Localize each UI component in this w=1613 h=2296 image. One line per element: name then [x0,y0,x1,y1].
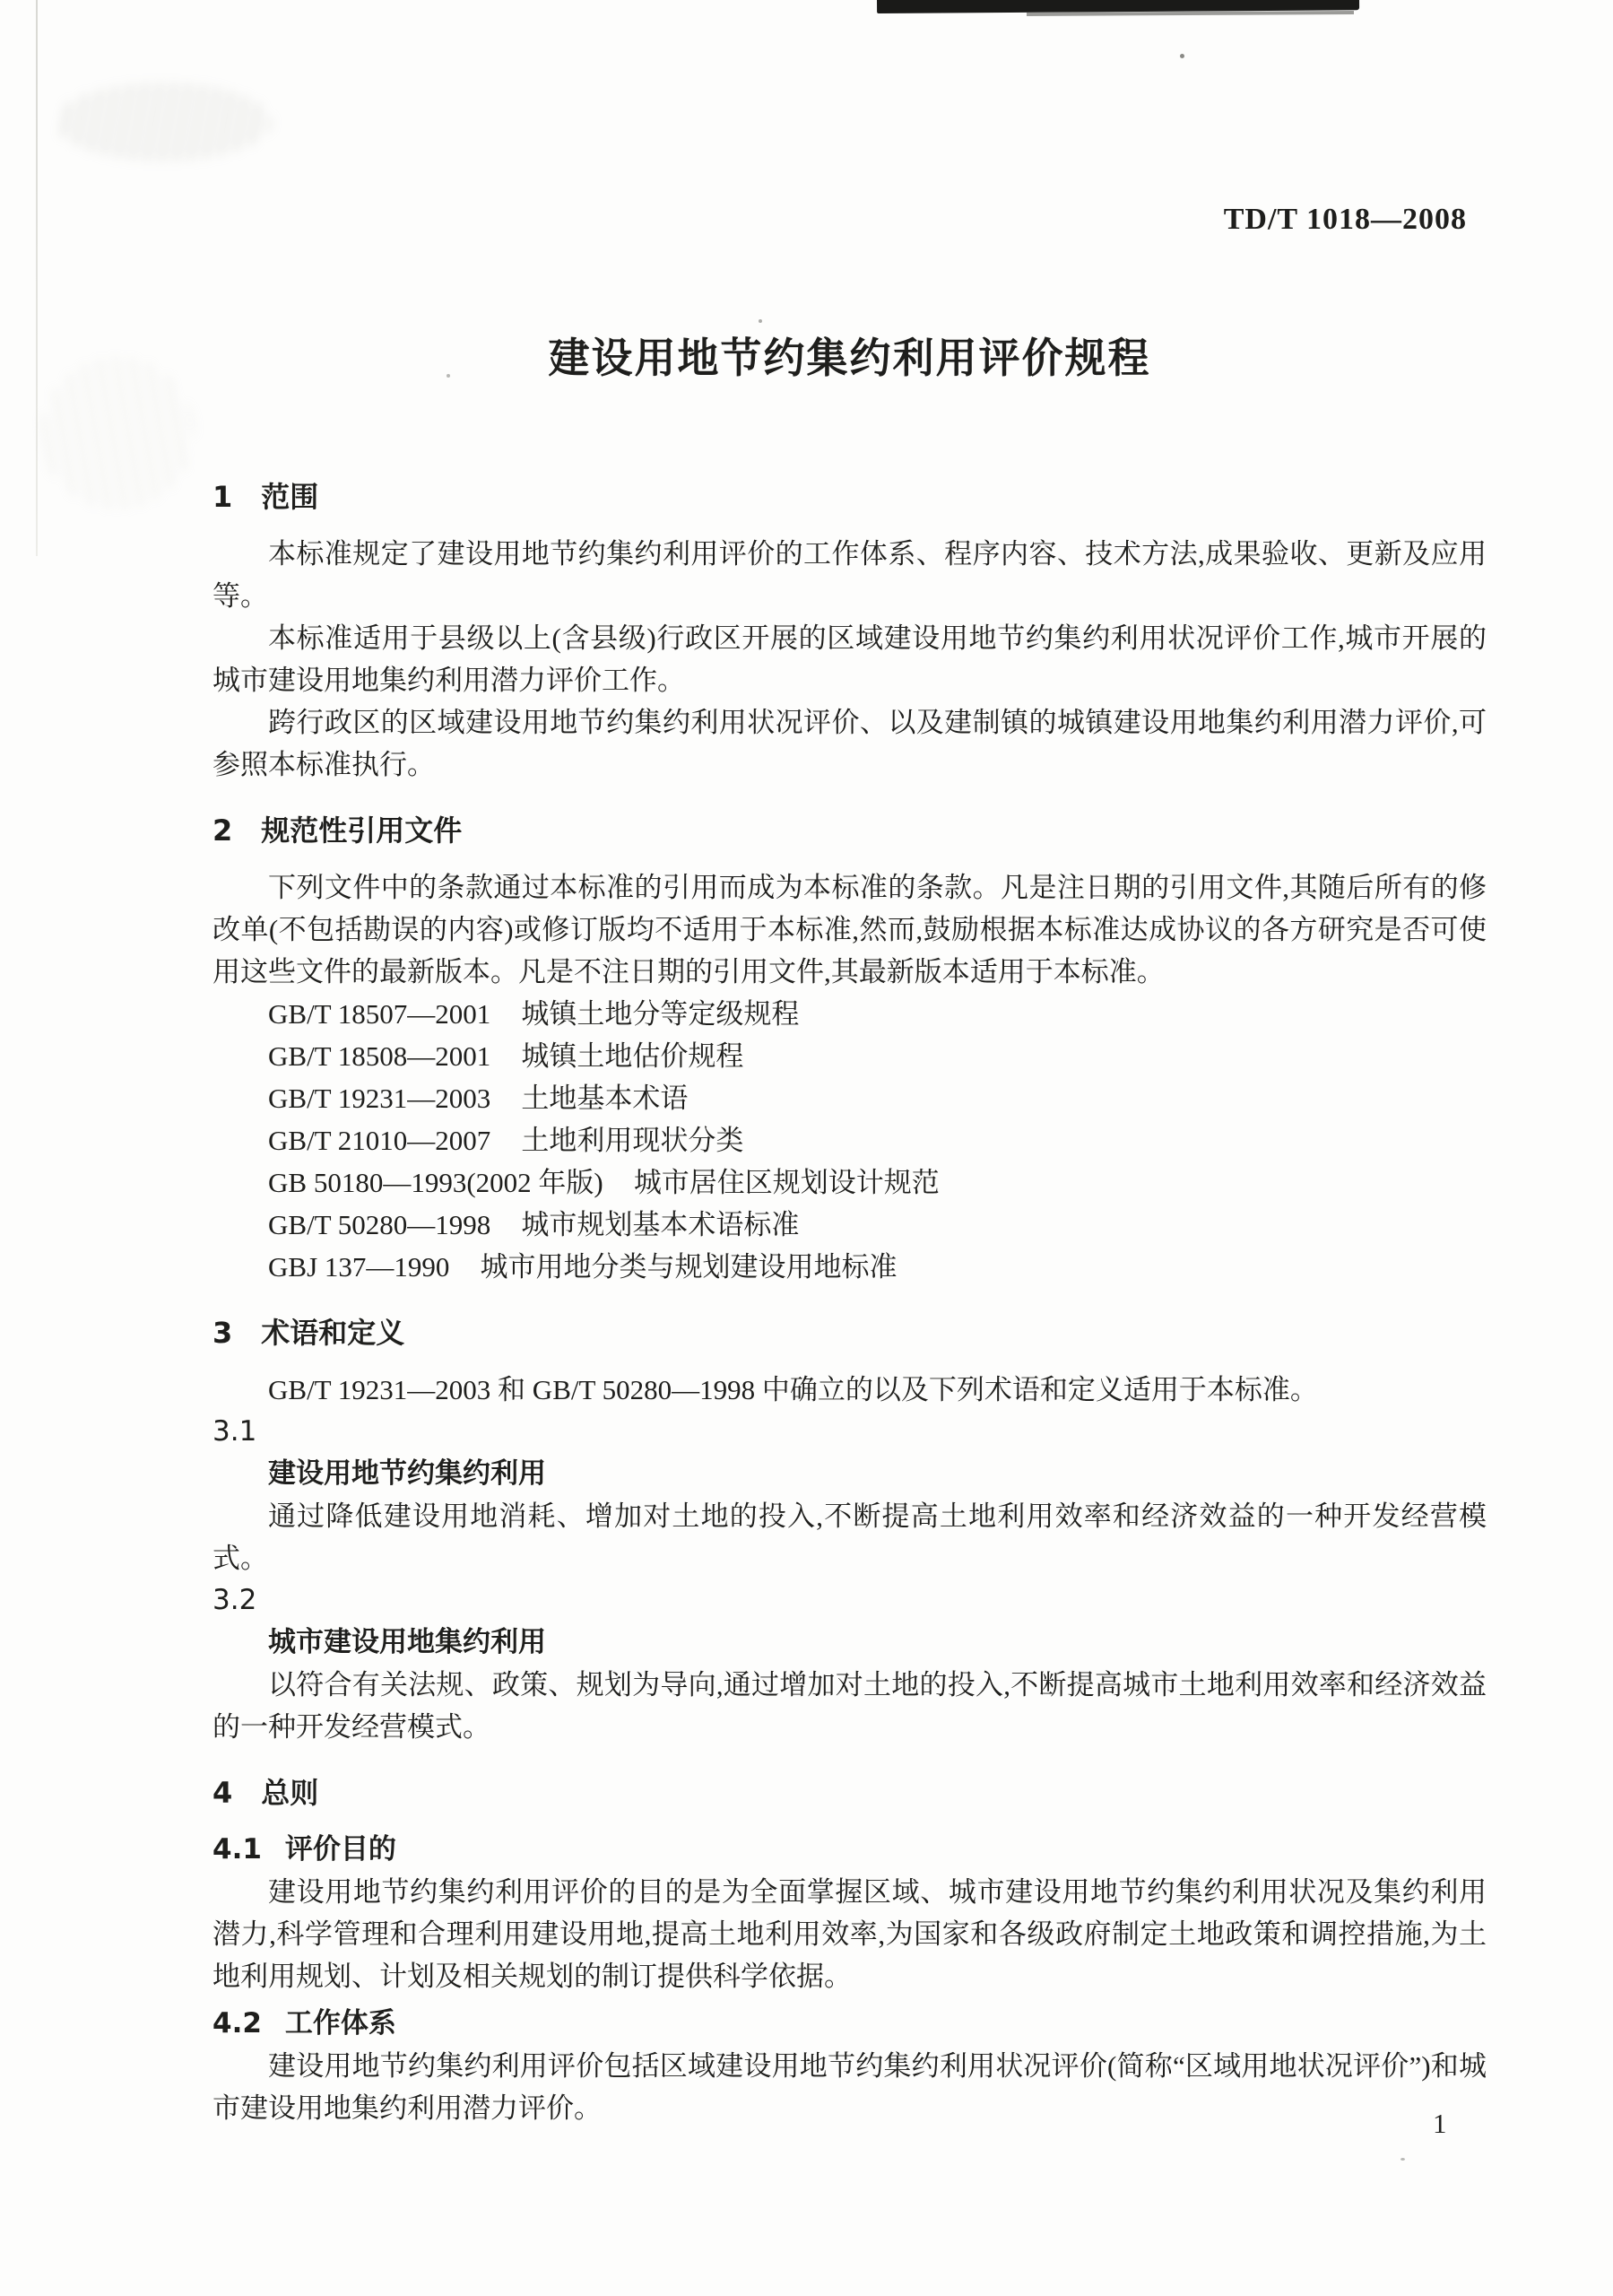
paragraph: GB/T 19231—2003 和 GB/T 50280—1998 中确立的以及… [212,1369,1487,1411]
page-number: 1 [1433,2109,1447,2137]
subsection-heading-evaluation-purpose: 4.1评价目的 [212,1829,1487,1871]
reference-name: 城市用地分类与规划建设用地标准 [480,1251,897,1283]
paragraph: 跨行政区的区域建设用地节约集约利用状况评价、以及建制镇的城镇建设用地集约利用潜力… [212,701,1487,786]
reference-item: GB/T 18507—2001城镇土地分等定级规程 [212,993,1487,1035]
section-number: 1 [212,483,232,511]
document-content: TD/T 1018—2008 建设用地节约集约利用评价规程 1范围 本标准规定了… [212,0,1487,2129]
subsection-title: 评价目的 [285,1833,396,1865]
reference-item: GB/T 18508—2001城镇土地估价规程 [212,1035,1487,1077]
reference-name: 土地基本术语 [521,1083,688,1114]
reference-item: GB/T 19231—2003土地基本术语 [212,1077,1487,1119]
reference-code: GB/T 50280—1998 [268,1209,490,1240]
paragraph: 本标准规定了建设用地节约集约利用评价的工作体系、程序内容、技术方法,成果验收、更… [212,533,1487,617]
section-number: 3 [212,1318,232,1347]
section-heading-scope: 1范围 [212,483,1487,511]
reference-name: 城镇土地分等定级规程 [521,998,799,1030]
paragraph: 建设用地节约集约利用评价的目的是为全面掌握区域、城市建设用地节约集约利用状况及集… [212,1871,1487,1997]
reference-code: GB/T 18507—2001 [268,998,490,1030]
paragraph: 建设用地节约集约利用评价包括区域建设用地节约集约利用状况评价(简称“区域用地状况… [212,2045,1487,2129]
scanned-document-page: TD/T 1018—2008 建设用地节约集约利用评价规程 1范围 本标准规定了… [0,0,1613,2296]
term-name: 城市建设用地集约利用 [212,1622,1487,1664]
reference-name: 城市居住区规划设计规范 [634,1167,940,1198]
scan-artifact-smudge [41,357,194,509]
section-number: 2 [212,816,232,845]
reference-item: GB/T 50280—1998城市规划基本术语标准 [212,1204,1487,1246]
clause-number: 3.1 [212,1411,1487,1453]
reference-code: GBJ 137—1990 [268,1251,449,1283]
term-definition: 以符合有关法规、政策、规划为导向,通过增加对土地的投入,不断提高城市土地利用效率… [212,1664,1487,1748]
clause-number: 3.2 [212,1579,1487,1622]
scan-artifact-speck [1401,2158,1405,2161]
section-heading-general-rules: 4总则 [212,1779,1487,1807]
reference-name: 土地利用现状分类 [521,1125,743,1156]
reference-item: GBJ 137—1990城市用地分类与规划建设用地标准 [212,1246,1487,1288]
subsection-heading-work-system: 4.2工作体系 [212,2003,1487,2045]
reference-name: 城镇土地估价规程 [521,1040,743,1072]
section-title: 术语和定义 [261,1316,404,1350]
reference-item: GB 50180—1993(2002 年版)城市居住区规划设计规范 [212,1161,1487,1204]
reference-item: GB/T 21010—2007土地利用现状分类 [212,1119,1487,1161]
reference-code: GB/T 18508—2001 [268,1040,490,1072]
paragraph: 下列文件中的条款通过本标准的引用而成为本标准的条款。凡是注日期的引用文件,其随后… [212,866,1487,993]
section-title: 范围 [261,480,318,514]
section-title: 总则 [261,1776,318,1810]
reference-code: GB/T 19231—2003 [268,1083,490,1114]
reference-code: GB/T 21010—2007 [268,1125,490,1156]
section-heading-normative-references: 2规范性引用文件 [212,816,1487,845]
section-heading-terms-definitions: 3术语和定义 [212,1318,1487,1347]
subsection-title: 工作体系 [285,2007,396,2039]
reference-code: GB 50180—1993(2002 年版) [268,1167,603,1198]
standard-code: TD/T 1018—2008 [212,204,1487,235]
document-title: 建设用地节约集约利用评价规程 [212,337,1487,378]
section-number: 4 [212,1779,232,1807]
subsection-number: 4.2 [212,2003,262,2045]
scan-artifact-left-edge [36,0,38,556]
subsection-number: 4.1 [212,1829,262,1871]
term-definition: 通过降低建设用地消耗、增加对土地的投入,不断提高土地利用效率和经济效益的一种开发… [212,1495,1487,1579]
section-title: 规范性引用文件 [261,813,462,848]
reference-name: 城市规划基本术语标准 [521,1209,799,1240]
term-name: 建设用地节约集约利用 [212,1453,1487,1495]
paragraph: 本标准适用于县级以上(含县级)行政区开展的区域建设用地节约集约利用状况评价工作,… [212,617,1487,701]
